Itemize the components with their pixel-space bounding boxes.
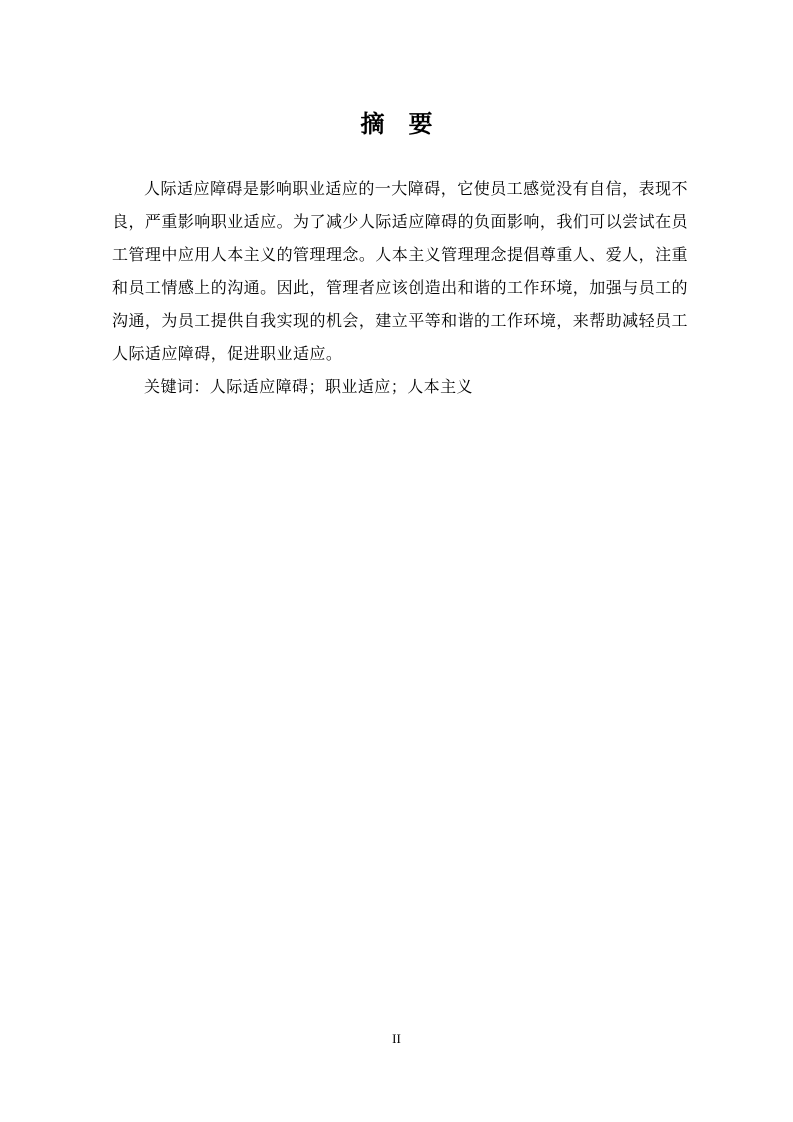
abstract-paragraph: 人际适应障碍是影响职业适应的一大障碍，它使员工感觉没有自信，表现不良，严重影响职… bbox=[112, 173, 688, 371]
abstract-title: 摘 要 bbox=[0, 109, 793, 142]
page-number: II bbox=[0, 1030, 793, 1048]
keywords-line: 关键词：人际适应障碍；职业适应；人本主义 bbox=[112, 371, 688, 404]
abstract-body: 人际适应障碍是影响职业适应的一大障碍，它使员工感觉没有自信，表现不良，严重影响职… bbox=[112, 173, 688, 404]
document-page: 摘 要 人际适应障碍是影响职业适应的一大障碍，它使员工感觉没有自信，表现不良，严… bbox=[0, 0, 793, 1122]
